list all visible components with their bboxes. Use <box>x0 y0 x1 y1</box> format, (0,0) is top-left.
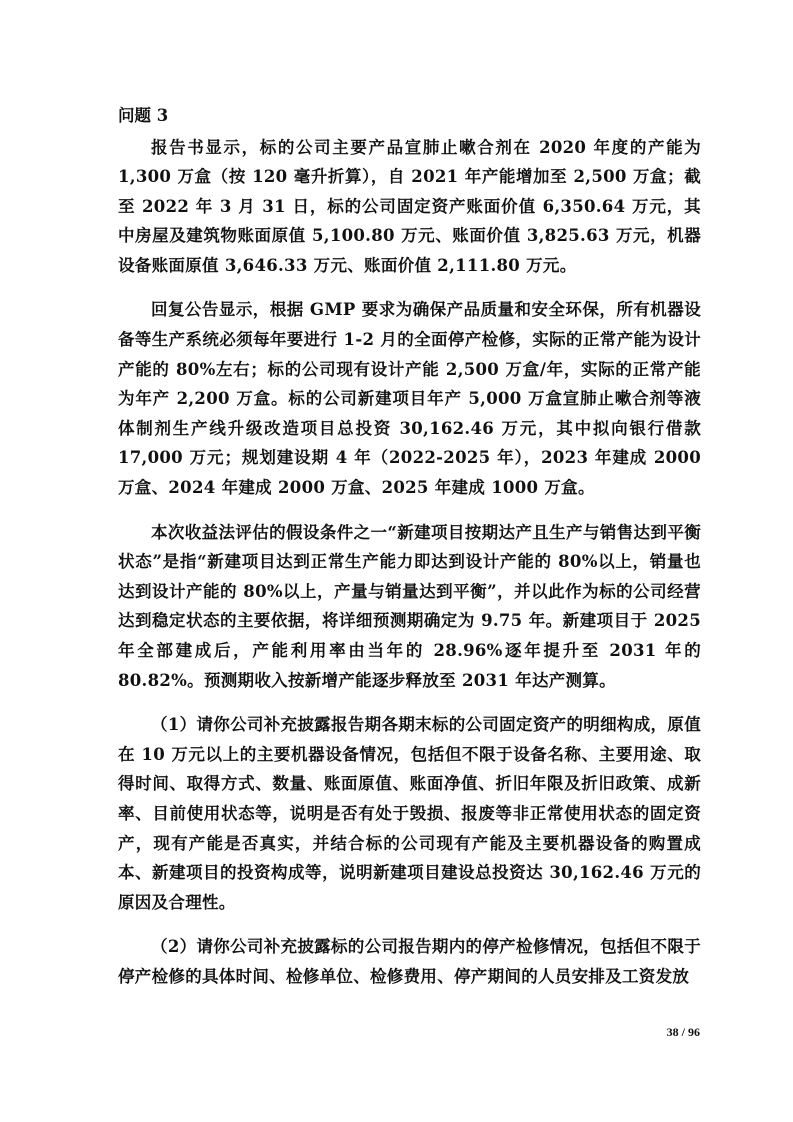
paragraph-request-2: （2）请你公司补充披露标的公司报告期内的停产检修情况，包括但不限于停产检修的具体… <box>118 932 701 991</box>
paragraph-valuation-assumption: 本次收益法评估的假设条件之一“新建项目按期达产且生产与销售达到平衡状态”是指“新… <box>118 518 701 696</box>
document-page: 问题 3 报告书显示，标的公司主要产品宣肺止嗽合剂在 2020 年度的产能为 1… <box>118 101 701 992</box>
question-heading: 问题 3 <box>118 101 701 131</box>
paragraph-reply-announcement: 回复公告显示，根据 GMP 要求为确保产品质量和安全环保，所有机器设备等生产系统… <box>118 295 701 502</box>
page-number: 38 / 96 <box>640 1025 700 1040</box>
paragraph-request-1: （1）请你公司补充披露报告期各期末标的公司固定资产的明细构成，原值在 10 万元… <box>118 710 701 917</box>
paragraph-report-summary: 报告书显示，标的公司主要产品宣肺止嗽合剂在 2020 年度的产能为 1,300 … <box>118 133 701 281</box>
